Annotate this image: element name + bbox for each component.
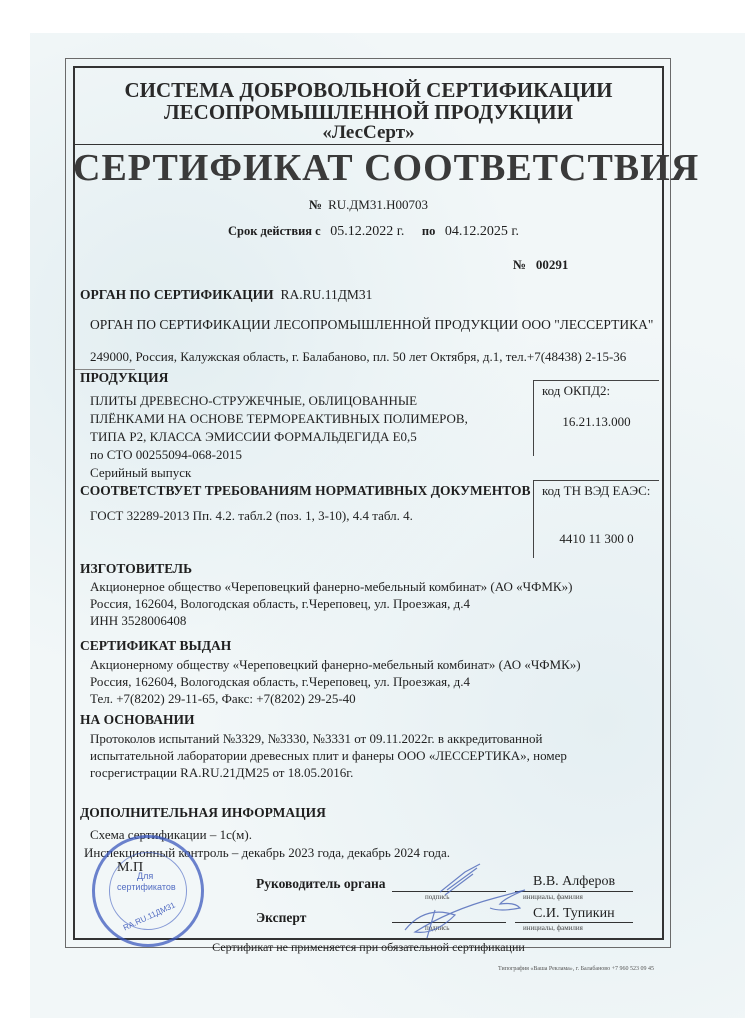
system-short-name: «ЛесСерт» [73, 122, 664, 144]
stamp-text-certificates: сертификатов [117, 882, 176, 892]
printer-info: Типография «Ваша Реклама», г. Балабаново… [498, 966, 654, 972]
certification-body: ОРГАН ПО СЕРТИФИКАЦИИ RA.RU.11ДМ31 [80, 287, 372, 303]
basis-label: НА ОСНОВАНИИ [80, 712, 194, 728]
issued-to-line-1: Акционерному обществу «Череповецкий фане… [90, 657, 581, 673]
certification-body-name: ОРГАН ПО СЕРТИФИКАЦИИ ЛЕСОПРОМЫШЛЕННОЙ П… [90, 317, 653, 333]
okpd-code: 16.21.13.000 [534, 414, 659, 430]
header-divider [75, 144, 662, 145]
official-stamp: Для сертификатов RA.RU.11ДМ31 [92, 835, 204, 947]
okpd-box: код ОКПД2: 16.21.13.000 [533, 380, 659, 456]
manufacturer-label: ИЗГОТОВИТЕЛЬ [80, 561, 192, 577]
number-label: № [309, 197, 322, 212]
number-value: RU.ДМ31.H00703 [328, 197, 428, 212]
certificate-number: №RU.ДМ31.H00703 [73, 197, 664, 213]
additional-info-label: ДОПОЛНИТЕЛЬНАЯ ИНФОРМАЦИЯ [80, 805, 326, 821]
form-number-value: 00291 [536, 257, 569, 272]
tnved-code: 4410 11 300 0 [534, 531, 659, 547]
to-label: по [422, 224, 435, 238]
issued-to-label: СЕРТИФИКАТ ВЫДАН [80, 638, 231, 654]
validity-label: Срок действия с [228, 224, 321, 238]
voluntary-notice: Сертификат не применяется при обязательн… [73, 940, 664, 955]
manufacturer-line-2: Россия, 162604, Вологодская область, г.Ч… [90, 596, 470, 612]
product-line-2: ПЛЁНКАМИ НА ОСНОВЕ ТЕРМОРЕАКТИВНЫХ ПОЛИМ… [90, 411, 468, 427]
head-name: В.В. Алферов [533, 874, 615, 890]
manufacturer-inn: ИНН 3528006408 [90, 613, 186, 629]
product-label: ПРОДУКЦИЯ [80, 370, 168, 386]
tnved-label: код ТН ВЭД ЕАЭС: [542, 483, 650, 499]
form-number: № 00291 [513, 257, 568, 273]
product-line-4: по СТО 00255094-068-2015 [90, 447, 242, 463]
compliance-label: СООТВЕТСТВУЕТ ТРЕБОВАНИЯМ НОРМАТИВНЫХ ДО… [80, 483, 531, 499]
basis-line-1: Протоколов испытаний №3329, №3330, №3331… [90, 731, 542, 747]
handwritten-signatures-icon [395, 860, 545, 940]
form-number-label: № [513, 257, 526, 272]
validity-period: Срок действия с 05.12.2022 г. по 04.12.2… [228, 224, 533, 240]
product-line-5: Серийный выпуск [90, 465, 191, 481]
compliance-text: ГОСТ 32289-2013 Пп. 4.2. табл.2 (поз. 1,… [90, 508, 413, 524]
product-line-3: ТИПА Р2, КЛАССА ЭМИССИИ ФОРМАЛЬДЕГИДА Е0… [90, 429, 417, 445]
tnved-box: код ТН ВЭД ЕАЭС: 4410 11 300 0 [533, 480, 659, 558]
basis-line-2: испытательной лаборатории древесных плит… [90, 748, 567, 764]
issued-to-line-2: Россия, 162604, Вологодская область, г.Ч… [90, 674, 470, 690]
expert-name: С.И. Тупикин [533, 906, 615, 922]
expert-label: Эксперт [256, 910, 306, 926]
certification-body-code: RA.RU.11ДМ31 [280, 287, 372, 302]
stamp-placeholder-mp: М.П [117, 860, 143, 876]
okpd-label: код ОКПД2: [542, 383, 610, 399]
certification-body-label: ОРГАН ПО СЕРТИФИКАЦИИ [80, 287, 274, 302]
product-line-1: ПЛИТЫ ДРЕВЕСНО-СТРУЖЕЧНЫЕ, ОБЛИЦОВАННЫЕ [90, 393, 417, 409]
document-title: СЕРТИФИКАТ СООТВЕТСТВИЯ [73, 146, 664, 190]
valid-to: 04.12.2025 г. [445, 224, 519, 239]
valid-from: 05.12.2022 г. [330, 224, 404, 239]
head-label: Руководитель органа [256, 876, 386, 892]
certification-body-address: 249000, Россия, Калужская область, г. Ба… [90, 349, 626, 365]
basis-line-3: госрегистрации RA.RU.21ДМ25 от 18.05.201… [90, 765, 353, 781]
issued-to-phone: Тел. +7(8202) 29-11-65, Факс: +7(8202) 2… [90, 691, 356, 707]
manufacturer-line-1: Акционерное общество «Череповецкий фанер… [90, 579, 572, 595]
